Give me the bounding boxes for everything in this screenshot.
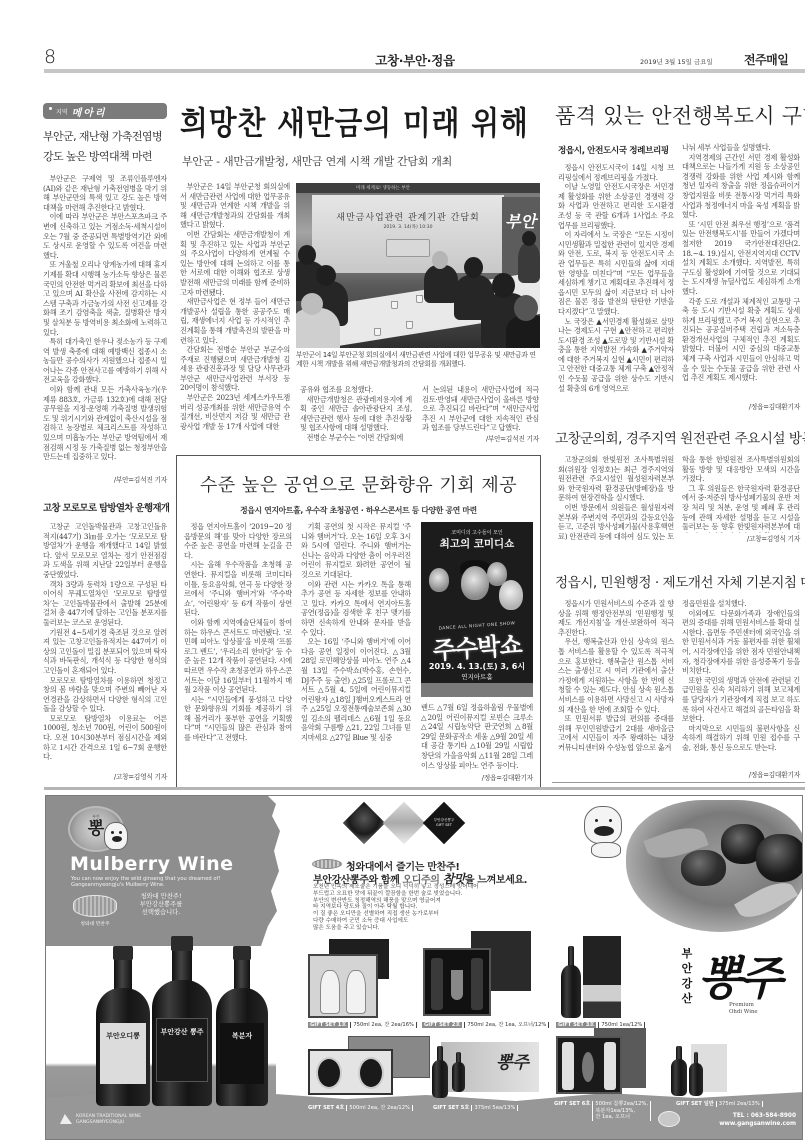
opener-silhouette <box>582 1052 594 1082</box>
column-rule <box>552 782 805 783</box>
gift-spec: 750ml 2ea, 잔 1ea, 오프너/12% <box>464 1022 549 1028</box>
byline: /부안=김석진 기자 <box>43 474 167 484</box>
tagline-line: Gangsanmyeongju's Mulberry Wine. <box>71 882 220 888</box>
gift-set-label: GIFT SET 5호375ml 5ea/13% <box>433 1105 518 1112</box>
paragraph: 이와 함께 관내 모든 가축사육농가(우제류 883호, 가금류 132호)에 … <box>43 385 167 462</box>
poster-tagline: 코미디의 고수들이 모인 <box>421 529 533 536</box>
headline-line: 부안군, 재난형 가축전염병 <box>43 127 169 147</box>
performer-face <box>461 566 489 600</box>
article-body: 부안군은 구제역 및 조류인플루엔자(AI)와 같은 재난형 가축전염병을 막기… <box>43 174 167 472</box>
paragraph: 새만금개발청은 관광레저용지에 계획 중인 새만금 솔아관광단지 조성, 새만금… <box>300 395 412 433</box>
paragraph: 이 자리에서 노 국장은 “모든 시정이 시민생활과 밀접한 관련이 있지만 경… <box>558 230 674 316</box>
gift-set-6-image <box>556 1036 622 1094</box>
gift-spec-line: 잔 1ea, 오프너 <box>595 1114 648 1121</box>
byline: /정읍=김대환기자 <box>421 772 533 782</box>
paragraph: 시는 “시민들에게 풍성하고 다양한 문화향유의 기회를 제공하기 위해 볼거리… <box>184 695 292 743</box>
photo-top-banner: 미래 세계로! 생동하는 부안 <box>296 183 540 193</box>
gift-tag: GIFT SET 6호 <box>554 1101 590 1121</box>
bottle-body <box>561 965 581 1018</box>
gift-set-label: GIFT SET 4호500ml 2ea, 잔 2ea/12% <box>308 1105 413 1112</box>
article-subtitle: 정읍시, 안전도시국 정례브리핑 <box>558 144 674 156</box>
gift-badge-text: 부안강산뽕주 GIFT SET <box>429 808 459 838</box>
byline: /정읍=김대환기자 <box>682 401 800 411</box>
premium-line: Premium <box>729 1002 758 1009</box>
headline-line: 강도 높은 방역대책 마련 <box>43 147 169 167</box>
article-headline: 품격 있는 안전행복도시 구현 <box>555 100 805 130</box>
article-body-col2: 학을 통한 한빛원전 조사특별위원회의 활동 방향 및 대응방안 모색의 시간을… <box>682 455 800 533</box>
ad-description-line: 이 질 좋은 오디만을 선별하여 직접 생산 농가로부터 <box>313 911 558 918</box>
premium-line: Ohdi Wine <box>729 1009 758 1016</box>
header-rule <box>44 69 805 73</box>
statement-line: 청와대 만찬주! <box>126 893 196 901</box>
paragraph: 정읍시가 민원서비스의 수준과 질 향상을 위해 행정안전부의 ‘민원행정 및 … <box>558 599 674 637</box>
gift-tag-text: GIFT SET <box>554 1101 580 1107</box>
paragraph: 이번 간담회는 새만금개발청이 계획 및 추진하고 있는 사업과 부안군의 주요… <box>180 230 290 297</box>
box-calligraphy: 뽕주 <box>496 1048 529 1073</box>
bottle-body <box>671 1059 687 1096</box>
performer-face <box>499 580 523 610</box>
paragraph: 우선, 행복출산과 안심 상속의 원스톱 서비스를 활용할 수 있도록 적극적으… <box>558 637 674 714</box>
paragraph: 부안군은 14일 부안군청 회의실에서 새만금관련 사업에 대한 업무공유 및 … <box>180 182 290 230</box>
article-body: 고창군 고인돌박물관과 고창고인돌유적지(447기) 3㎞를 오가는 ‘모로모로… <box>43 522 167 770</box>
byline: /고창=김영식 기자 <box>682 533 800 543</box>
maker-name: KOREAN TRADITIONAL WINE GANGSANMYEONGJU <box>76 1114 141 1126</box>
brand-tagline: You can now enjoy the wild ginseng that … <box>71 876 220 889</box>
brand-calligraphy: 뽕주 <box>698 942 779 1008</box>
person-silhouette <box>296 308 340 348</box>
paragraph: 정읍시 안전도시국이 14일 시청 브리핑실에서 정례브리핑을 가졌다. <box>558 163 674 182</box>
mascot-nose <box>112 836 122 842</box>
paragraph: 모로모로 탐방열차를 이용하면 청정고창의 봄 바람을 맞으며 주변의 빼어난 … <box>43 676 167 714</box>
photo-top-banner-text: 미래 세계로! 생동하는 부안 <box>356 186 410 191</box>
gift-spec: 750ml 2ea, 잔 2ea/16% <box>350 1022 417 1028</box>
byline: /부안=김석진 기자 <box>422 433 539 443</box>
bottle-cap <box>113 946 132 960</box>
mascot-body <box>591 842 621 858</box>
gift-spec: 375ml 5ea/13% <box>471 1105 518 1111</box>
paragraph: 노 국장은 ▲서민경제 활성화로 살맛나는 경제도시 구현 ▲안전하고 편리한 … <box>558 317 674 394</box>
gift-spec: 500ml 2ea, 잔 2ea/12% <box>346 1105 413 1111</box>
cup <box>391 301 398 309</box>
person-head <box>514 295 538 321</box>
emblem-caption: 청와대 만찬주 <box>70 920 120 927</box>
selected-statement: 청와대 만찬주! 부안강산뽕주를 선택했습니다. <box>126 893 196 917</box>
gift-tag: GIFT SET 5호 <box>433 1105 469 1111</box>
mulberry-photo-diamond <box>343 802 385 844</box>
paragraph: 이와 함께 지역예술단체들이 참여하는 하우스 콘서트도 마련됐다. ‘로민혜 … <box>184 618 292 695</box>
standard-set-bottle <box>689 1052 703 1096</box>
article-subtitle: 정읍시 연지아트홀, 우수작 초청공연 · 하우스콘서트 등 다양한 공연 마련 <box>176 505 541 516</box>
screen-date: 2019. 3. 14(목) 10:30 <box>312 224 504 230</box>
poster-date: 2019. 4. 13.(토) 3, 6시 <box>421 661 533 672</box>
gift-set-label: GIFT SET 일반375ml 2ea/13% <box>676 1101 763 1108</box>
screen-logo <box>386 239 430 257</box>
gift-tag-text: GIFT SET <box>310 1022 336 1028</box>
paragraph: 시는 올해 우수작품을 초청해 공연한다. 뮤지컬을 비롯해 코미디타이틀, 동… <box>184 560 292 618</box>
speaker-silhouette <box>518 243 540 283</box>
gift-spec: 375ml 2ea/13% <box>716 1101 763 1107</box>
product-photo-diamond <box>383 802 425 844</box>
poster-footer <box>421 683 533 697</box>
paragraph: 간담회는 전병순 부안군 부군수의 주재로 진행됐으며 새만금개발청 김세용 관… <box>180 345 290 393</box>
bottle-cap <box>171 936 193 951</box>
article-body-col1: 부안군은 14일 부안군청 회의실에서 새만금관련 사업에 대한 업무공유 및 … <box>180 182 290 441</box>
statement-line: 선택했습니다. <box>126 909 196 917</box>
paragraph: 이와 관련 시는 카카오 톡을 통해 추가 공연 등 자세한 정보를 안내하고 … <box>301 580 411 638</box>
paragraph: 또 겨울철 오리나 양계농가에 대해 휴지기제를 확대 시행해 농가소득 향상은… <box>43 260 167 337</box>
gift-badge-line: GIFT SET <box>436 823 452 828</box>
byline: /고창=김영식 기자 <box>43 771 167 781</box>
article-headline: 고창군의회, 경주지역 원전관련 주요시설 방문 <box>555 427 805 447</box>
mulberry-photo <box>626 800 803 932</box>
gift-number: 2호 <box>452 1022 461 1028</box>
gift-tag-text: GIFT SET <box>676 1101 702 1107</box>
round-bottle <box>358 1057 384 1089</box>
paragraph: 이에 따라 부안군은 부안스포츠파크 주변에 신축하고 있는 거점소독·세척시설… <box>43 212 167 260</box>
paragraph: 그 후 의원들은 한국원자력 환경공단에서 중·저준위 방사성폐기물의 운반 저… <box>682 484 800 533</box>
bottle-label: 부안강산 뽕주 <box>156 1018 208 1083</box>
article-body-col1: 정읍시가 민원서비스의 수준과 질 향상을 위해 행정안전부의 ‘민원행정 및 … <box>558 599 674 775</box>
maker-line: GANGSANMYEONGJU <box>76 1120 141 1126</box>
show-poster: 코미디의 고수들이 모인 최고의 코미디쇼 DANCE ALL NIGHT ON… <box>421 522 533 697</box>
mascot-icon <box>104 822 128 850</box>
white-bottle <box>346 970 366 1014</box>
round-bottle <box>316 1057 342 1089</box>
gift-tag-text: GIFT SET <box>424 1022 450 1028</box>
photo-caption: 부안군이 14일 부안군청 회의실에서 새만금관련 사업에 대한 업무공유 및 … <box>296 351 540 370</box>
poster-title: 최고의 코미디쇼 <box>421 536 533 551</box>
person-head <box>301 293 323 315</box>
meeting-photo: 미래 세계로! 생동하는 부안 새만금사업관련 관계기관 간담회 2019. 3… <box>296 183 540 348</box>
gift-set-badge-diamond: 부안강산뽕주 GIFT SET <box>423 802 465 844</box>
gift-set-4-image <box>308 1049 393 1095</box>
standard-set-bottle <box>671 1046 687 1096</box>
gift-tag-text: GIFT SET <box>558 1022 584 1028</box>
gift-set-1-image <box>308 954 378 1018</box>
bottle-cap <box>233 946 252 960</box>
paragraph: 모로모로 탐방열차 이용료는 어른 1000원, 청소년 700원, 어린이 5… <box>43 714 167 762</box>
paragraph: 밴드 △7월 6일 정읍하울림 우물별에 △20일 어린이뮤지컬 로빈슨 크루소… <box>421 703 533 770</box>
wine-bottle: 부안강산 뽕주 <box>152 936 212 1106</box>
column-label-box: 지역 메아리 <box>43 103 167 119</box>
person-head <box>464 257 483 278</box>
gift-tag: GIFT SET 일반 <box>676 1101 714 1107</box>
bottle-body <box>432 1060 448 1098</box>
paragraph: 각종 도로 개설과 체계적인 교통망 구축 등 도시 기반시설 확충 계획도 상… <box>682 297 800 383</box>
issue-date: 2019년 3월 15일 금요일 <box>640 57 713 66</box>
gift-spec-line: 500ml 참뽕2ea/12%, <box>595 1101 648 1108</box>
premium-label: Premium Ohdi Wine <box>729 1002 758 1015</box>
bottle-body <box>689 1063 703 1096</box>
paragraph: 지역경제의 근간인 서민 경제 활성화 대책으로는 나들가게 지원 등 소상공인… <box>682 153 800 220</box>
bottle-body <box>452 1062 465 1092</box>
gift-tag: GIFT SET 3호 <box>556 1022 596 1028</box>
person-head <box>522 231 536 246</box>
gift-set-5-bottle <box>432 1046 448 1098</box>
paragraph: 서 논의된 내용이 새만금사업에 적극 검토·반영돼 새만금사업이 올바른 방향… <box>422 385 539 433</box>
wine-bottle: 부안오디뽕 <box>96 946 150 1106</box>
person-head <box>492 273 515 298</box>
newspaper-name: 전주매일 <box>744 51 788 68</box>
paragraph: 또 민원서류 발급의 편의를 증대를 위해 무인민원발급기 2대를 새마을금고에… <box>558 714 674 752</box>
gift-set-label: GIFT SET 2호750ml 2ea, 잔 1ea, 오프너/12% <box>422 1022 549 1029</box>
article-body-col3: 밴드 △7월 6일 정읍하울림 우물별에 △20일 어린이뮤지컬 로빈슨 크루소… <box>421 703 533 771</box>
article-headline: 정읍시, 민원행정 · 제도개선 자체 기본지침 마련 <box>555 571 805 591</box>
ad-separator-rule <box>44 787 805 790</box>
ad-description-line: 부드럽고 오묘한 맛에 뒤끝이 깔끔함을 한번 술로 빚었습니다. <box>313 891 558 898</box>
mascot-eye <box>119 831 122 834</box>
gift-number: 6호 <box>582 1101 591 1107</box>
paragraph: 학을 통한 한빛원전 조사특별위원회의 활동 방향 및 대응방안 모색의 시간을… <box>682 455 800 484</box>
gift-tag-text: GIFT SET <box>433 1105 459 1111</box>
paragraph: 새만금사업은 현 정부 들어 새만금개발공사 설립을 통한 공공주도 매립, 재… <box>180 297 290 345</box>
column-label-title: 메아리 <box>72 104 107 119</box>
page-number: 8 <box>44 46 56 68</box>
gift-set-2-image <box>423 948 491 1016</box>
cup <box>374 328 381 336</box>
paragraph: 정읍민원을 설치했다. <box>682 599 800 609</box>
article-body-col3: 서 논의된 내용이 새만금사업에 적극 검토·반영돼 새만금사업이 올바른 방향… <box>422 385 539 433</box>
bottle-silhouette <box>604 1042 616 1090</box>
bottle-silhouette <box>471 958 483 1010</box>
person-head <box>432 251 448 269</box>
ad-description-line: 오천년 민족의 제조술은 기품을 오디 넉넉히 넣고 정성스레 빚어내어 <box>313 884 558 891</box>
bottle-label: 부안오디뽕 <box>100 1023 146 1084</box>
mulberry-fruit <box>681 850 726 886</box>
paragraph: 나눠 세부 사업들을 설명했다. <box>682 143 800 153</box>
screen-title: 새만금사업관련 관계기관 간담회 <box>312 210 504 223</box>
mulberry-leaf <box>734 875 798 926</box>
company-emblem-icon <box>658 1111 680 1127</box>
paragraph: 정읍 연지아트홀이 ‘2019~20 정읍방문의 해’를 맞아 다양한 장르의 … <box>184 522 292 560</box>
person-silhouette <box>424 265 458 303</box>
statement-line: 부안강산뽕주를 <box>126 901 196 909</box>
byline: /정읍=김대환기자 <box>682 769 800 779</box>
cup <box>416 295 423 303</box>
gift-set-3-bottle <box>561 946 581 1018</box>
paragraph: 고창군의회 한빛원전 조사특별위원회(위원장 임정호)는 최근 경주지역의 원전… <box>558 455 674 503</box>
article-headline: 고창 모로모로 탐방열차 운행재개 <box>43 500 169 514</box>
paragraph: 오는 16일 ‘주니와 햄버거’에 이어 다음 공연 일정이 이어진다. △3월… <box>301 637 411 743</box>
blue-house-emblem-icon <box>73 895 117 917</box>
gift-tag: GIFT SET 2호 <box>422 1022 462 1028</box>
column-label-small: 지역 <box>56 107 68 116</box>
paragraph: 전병순 부군수는 “이번 간담회에 <box>300 433 412 443</box>
gift-tag: GIFT SET 1호 <box>308 1022 348 1028</box>
article-body-col1: 고창군의회 한빛원전 조사특별위원회(위원장 임정호)는 최근 경주지역의 원전… <box>558 455 674 541</box>
ad-description-line: 다량 수매하여 군민 소득 증대 사업에도 <box>313 918 558 925</box>
paragraph: 부안군은 구제역 및 조류인플루엔자(AI)와 같은 재난형 가축전염병을 막기… <box>43 174 167 212</box>
mulberry-wine-advertisement: 부안 뽕 Mulberry Wine You can now enjoy the… <box>45 795 803 1140</box>
gift-set-label: GIFT SET 1호750ml 2ea, 잔 2ea/16% <box>308 1022 417 1029</box>
paragraph: 고창군 고인돌박물관과 고창고인돌유적지(447기) 3㎞를 오가는 ‘모로모로… <box>43 522 167 580</box>
paragraph: 마지막으로 시민들의 불편사항을 신속하게 해결하기 위해 민원 접수를 구술,… <box>682 724 800 753</box>
poster-venue: 연지아트홀 <box>421 672 533 681</box>
article-body-col2: 기획 공연의 첫 시작은 뮤지컬 ‘주니와 햄버거’다. 오는 16일 오후 3… <box>301 522 411 784</box>
website: www.gangsanwine.com <box>694 1121 796 1129</box>
bottle-label: 복분자 <box>220 1023 265 1084</box>
paragraph: 이날 노영일 안전도시국장은 서민경제 활성화를 위한 소상공인 경쟁력 강화 … <box>558 182 674 230</box>
brand-calligraphy-small: 부안강산 <box>680 946 694 1006</box>
paragraph: 또한 국민의 생명과 안전에 관련된 긴급민원을 신속 처리하기 위해 보고체계… <box>682 676 800 724</box>
gift-number: 5호 <box>461 1105 470 1111</box>
article-body-col2: 정읍민원을 설치했다. 이외에도 다문화가족과 장애인들의 편의 증대를 위해 … <box>682 599 800 767</box>
article-headline: 부안군, 재난형 가축전염병 강도 높은 방역대책 마련 <box>43 127 169 167</box>
mascot-icon <box>584 806 622 844</box>
phone-number: TEL : 063-584-8900 <box>694 1113 796 1121</box>
bullet-icon <box>49 107 52 110</box>
ad-description: 오천년 민족의 제조술은 기품을 오디 넉넉히 넣고 정성스레 빚어내어 부드럽… <box>313 884 558 932</box>
gift-spec: 500ml 참뽕2ea/12%, 복분자1ea/13%, 잔 1ea, 오프너 <box>592 1101 651 1121</box>
paragraph: 부안군은 2023년 세계스카우트잼버리 성공개최를 위한 새만금유역 수질개선… <box>180 393 290 431</box>
main-subtitle: 부안군 - 새만금개발청, 새만금 연계 시책 개발 간담회 개최 <box>182 153 452 169</box>
paragraph: 이번 방문에서 의원들은 월성원자력본부와 주변지역 주민과의 갈등요인을 듣고… <box>558 503 674 541</box>
mascot-eye <box>609 819 612 822</box>
contact-info: TEL : 063-584-8900 www.gangsanwine.com <box>694 1113 796 1128</box>
section-title: 고창·부안·정읍 <box>360 51 470 69</box>
article-body-col1: 정읍 연지아트홀이 ‘2019~20 정읍방문의 해’를 맞아 다양한 장르의 … <box>184 522 292 784</box>
cup <box>406 321 413 329</box>
gift-number: 4호 <box>336 1105 345 1111</box>
article-body-col1: 정읍시 안전도시국이 14일 시청 브리핑실에서 정례브리핑을 가졌다. 이날 … <box>558 163 674 401</box>
bottle-silhouette <box>431 958 443 1010</box>
gift-number: 일반 <box>704 1101 714 1107</box>
paragraph: 기획 공연의 첫 시작은 뮤지컬 ‘주니와 햄버거’다. 오는 16일 오후 3… <box>301 522 411 580</box>
brand-name-english: Mulberry Wine <box>70 853 234 875</box>
gift-tag: GIFT SET 4호 <box>308 1105 344 1111</box>
glass-silhouette <box>451 970 463 1000</box>
performer-face <box>429 568 449 592</box>
mascot-nose <box>594 826 614 836</box>
bottle-silhouette <box>562 1042 574 1090</box>
wine-bottle: 복분자 <box>216 946 268 1106</box>
blue-house-emblem-icon <box>312 859 342 869</box>
mulberry-fruit <box>756 834 803 882</box>
paragraph: 기원전 4~5세기경 축조된 것으로 알려져 있는 고창고인돌유적지는 447여… <box>43 628 167 676</box>
gift-set-label: GIFT SET 6호 500ml 참뽕2ea/12%, 복분자1ea/13%,… <box>554 1101 651 1121</box>
mascot-eye <box>595 819 598 822</box>
gift-number: 1호 <box>338 1022 347 1028</box>
article-body-col2: 공유와 협조를 요청했다. 새만금개발청은 관광레저용지에 계획 중인 새만금 … <box>300 385 412 443</box>
person-head <box>316 265 336 286</box>
gift-set-5-bottle <box>452 1052 465 1092</box>
article-body-col2: 나눠 세부 사업들을 설명했다. 지역경제의 근간인 서민 경제 활성화 대책으… <box>682 143 800 401</box>
gift-tag-text: GIFT SET <box>308 1105 334 1111</box>
gift-set-3-box <box>583 936 621 1018</box>
main-headline: 희망찬 새만금의 미래 위해 <box>180 98 529 144</box>
paragraph: 객차 3량과 동력차 1량으로 구성된 타이어식 무궤도열차인 ‘모로모로 탐방… <box>43 580 167 628</box>
paragraph: 이외에도 다문화가족과 장애인들의 편의 증대를 위해 민원서비스를 확대 실시… <box>682 609 800 676</box>
paragraph: 공유와 협조를 요청했다. <box>300 385 412 395</box>
paragraph: 또 ‘시민 안전 최우선 행정’으로 ‘품격 있는 안전행복도시’를 만들어 가… <box>682 220 800 297</box>
white-bottle <box>320 970 340 1014</box>
paragraph: 특히 대가축인 한우나 젖소농가 등 구제역 발생 축종에 대해 예방백신 접종… <box>43 337 167 385</box>
article-headline: 수준 높은 공연으로 문화향유 기회 제공 <box>176 471 541 497</box>
mascot-eye <box>111 831 114 834</box>
person-head <box>298 245 316 265</box>
